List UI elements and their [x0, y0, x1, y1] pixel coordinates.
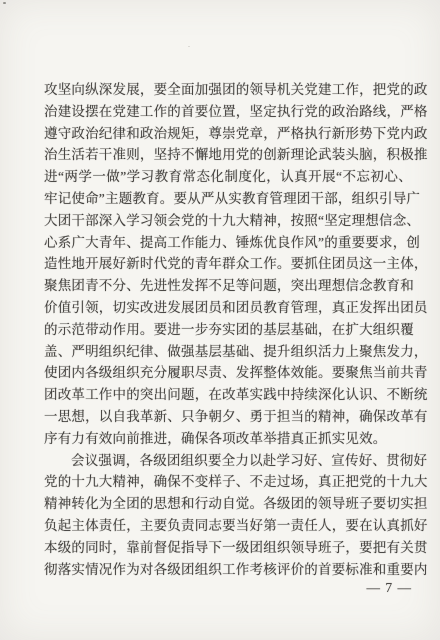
text-line: 价值引领，切实改进发展团员和团员教育管理，真正发挥出团员 [44, 297, 412, 319]
text-line: 治建设摆在党建工作的首要位置，坚定执行党的政治路线，严格 [44, 101, 412, 123]
text-line: 团改革工作中的突出问题，在改革实践中持续深化认识、不断统 [44, 384, 412, 406]
text-line: 一思想，以自我革新、只争朝夕、勇于担当的精神，确保改革有 [44, 406, 412, 428]
text-line: 序有力有效向前推进，确保各项改革举措真正抓实见效。 [44, 428, 412, 450]
scan-artifact [3, 2, 6, 4]
paragraph: 会议强调，各级团组织要全力以赴学习好、宣传好、贯彻好党的十九大精神，确保不变样子… [44, 450, 412, 581]
text-line: 负起主体责任，主要负责同志要当好第一责任人，要在认真抓好 [44, 515, 412, 537]
text-line: 治生活若干准则，坚持不懈地用党的创新理论武装头脑，积极推 [44, 144, 412, 166]
paragraph: 攻坚向纵深发展，要全面加强团的领导机关党建工作，把党的政治建设摆在党建工作的首要… [44, 79, 412, 450]
text-line: 大团干部深入学习领会党的十九大精神，按照“坚定理想信念、 [44, 210, 412, 232]
text-line: 本级的同时，靠前督促指导下一级团组织领导班子，要把有关贯 [44, 537, 412, 559]
text-line: 党的十九大精神，确保不变样子、不走过场，真正把党的十九大 [44, 471, 412, 493]
scan-artifact [188, 46, 190, 47]
text-line: 彻落实情况作为对各级团组织工作考核评价的首要标准和重要内 [44, 559, 412, 581]
text-line: 牢记使命”主题教育。要从严从实教育管理团干部，组织引导广 [44, 188, 412, 210]
text-line: 心系广大青年、提高工作能力、锤炼优良作风”的重要要求，创 [44, 232, 412, 254]
text-line: 进“两学一做”学习教育常态化制度化，认真开展“不忘初心、 [44, 166, 412, 188]
text-line: 遵守政治纪律和政治规矩，尊崇党章，严格执行新形势下党内政 [44, 123, 412, 145]
text-line: 攻坚向纵深发展，要全面加强团的领导机关党建工作，把党的政 [44, 79, 412, 101]
text-line: 的示范带动作用。要进一步夯实团的基层基础，在扩大组织覆 [44, 319, 412, 341]
text-line: 精神转化为全团的思想和行动自觉。各级团的领导班子要切实担 [44, 493, 412, 515]
text-line: 会议强调，各级团组织要全力以赴学习好、宣传好、贯彻好 [44, 450, 412, 472]
scanned-page: 攻坚向纵深发展，要全面加强团的领导机关党建工作，把党的政治建设摆在党建工作的首要… [0, 0, 440, 640]
page-number: — 7 — [367, 580, 413, 596]
text-line: 造性地开展好新时代党的青年群众工作。要抓住团员这一主体， [44, 253, 412, 275]
text-line: 使团内各级组织充分履职尽责、发挥整体效能。要聚焦当前共青 [44, 362, 412, 384]
body-text: 攻坚向纵深发展，要全面加强团的领导机关党建工作，把党的政治建设摆在党建工作的首要… [44, 79, 412, 580]
text-line: 聚焦团青不分、先进性发挥不足等问题，突出理想信念教育和 [44, 275, 412, 297]
text-line: 盖、严明组织纪律、做强基层基础、提升组织活力上聚焦发力， [44, 341, 412, 363]
